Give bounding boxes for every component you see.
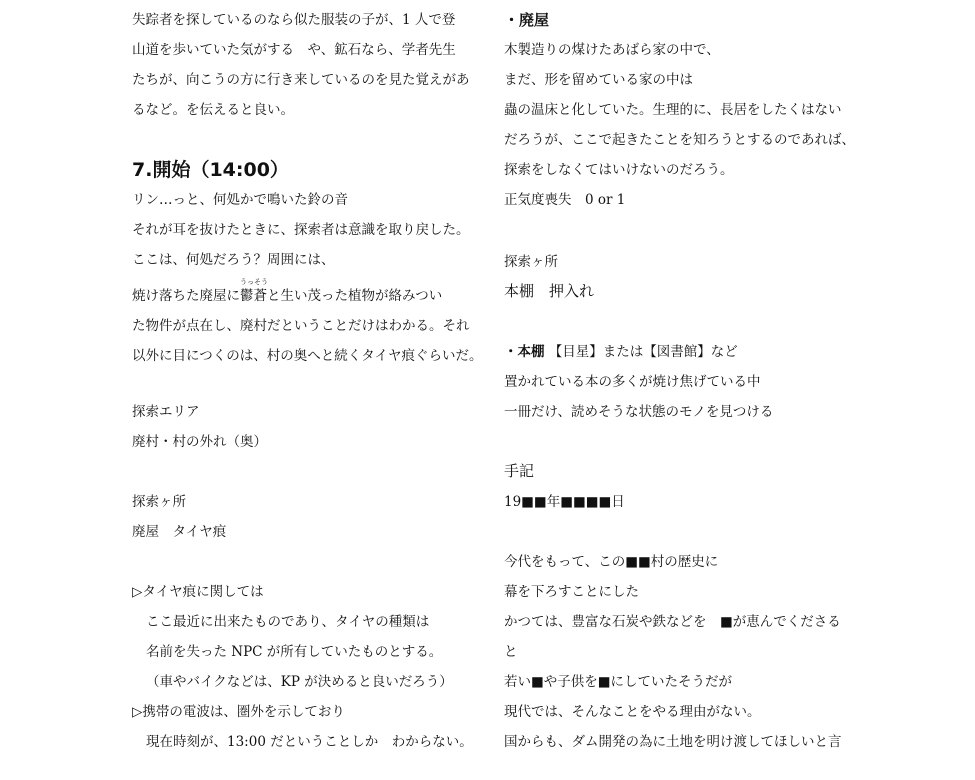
diary-line: 若い■や子供を■にしていたそうだが [504,674,732,690]
diary-title: 手記 [504,463,534,479]
diary-line: かつては、豊富な石炭や鉄などを ■が恵んでくださる [504,614,841,630]
opening-line: ここは、何処だろう？周囲には、 [132,252,335,268]
opening-line: それが耳を抜けたときに、探索者は意識を取り戻した。 [132,222,470,238]
diary-date: 19■■年■■■■日 [504,494,625,510]
ruby-reading: うっそう [240,278,267,286]
intro-line: るなど。を伝えると良い。 [132,102,294,118]
spots-value: 廃屋 タイヤ痕 [132,524,226,540]
diary-line: と [504,644,518,660]
document-page: 失踪者を探しているのなら似た服装の子が、1 人で登 山道を歩いていた気がする や… [0,0,975,780]
bookshelf-line: 一冊だけ、読めそうな状態のモノを見つける [504,404,773,420]
diary-line: 今代をもって、この■■村の歴史に [504,554,718,570]
spots-value: 本棚 押入れ [504,283,594,299]
area-label: 探索エリア [132,404,200,420]
ruby-line: 焼け落ちた廃屋にうっそう鬱蒼と生い茂った植物が絡みつい [132,288,442,304]
tire-note-line: 名前を失った NPC が所有していたものとする。 [146,644,442,660]
ruin-line: だろうが、ここで起きたことを知ろうとするのであれば、 [504,132,855,148]
diary-line: 現代では、そんなことをやる理由がない。 [504,704,761,720]
intro-line: 失踪者を探しているのなら似た服装の子が、1 人で登 [132,12,455,28]
sanity-loss: 正気度喪失 0 or 1 [504,192,625,208]
bookshelf-header: ・本棚 【目星】または【図書館】など [504,344,738,360]
spots-label: 探索ヶ所 [504,254,558,270]
ruby-line-before: 焼け落ちた廃屋に [132,288,240,304]
ruby-base: 鬱蒼 [240,288,267,304]
opening-line: リン…っと、何処かで鳴いた鈴の音 [132,192,348,208]
section-heading: 7.開始（14:00） [132,159,289,181]
diary-line: 幕を下ろすことにした [504,584,639,600]
ruin-heading: ・廃屋 [504,12,549,28]
phone-note-title: ▷携帯の電波は、圏外を示しており [132,704,345,720]
tire-note-line: ここ最近に出来たものであり、タイヤの種類は [146,614,429,630]
diary-line: 国からも、ダム開発の為に土地を明け渡してほしいと言 [504,734,842,750]
continuation-line: た物件が点在し、廃村だということだけはわかる。それ [132,318,470,334]
ruin-line: 探索をしなくてはいけないのだろう。 [504,162,734,178]
ruin-line: 蟲の温床と化していた。生理的に、長居をしたくはない [504,102,842,118]
continuation-line: 以外に目につくのは、村の奥へと続くタイヤ痕ぐらいだ。 [132,348,482,364]
area-value: 廃村・村の外れ（奥） [132,434,267,450]
tire-note-line: （車やバイクなどは、KP が決めると良いだろう） [146,674,453,690]
bookshelf-line: 置かれている本の多くが焼け焦げている中 [504,374,761,390]
bookshelf-heading: ・本棚 [504,344,545,360]
bookshelf-skills: 【目星】または【図書館】など [549,344,738,360]
ruby-line-after: と生い茂った植物が絡みつい [267,288,442,304]
ruin-line: 木製造りの煤けたあばら家の中で、 [504,42,720,58]
ruby-annotated-word: うっそう鬱蒼 [240,288,267,304]
spots-label: 探索ヶ所 [132,494,186,510]
intro-line: たちが、向こうの方に行き来しているのを見た覚えがあ [132,72,470,88]
intro-line: 山道を歩いていた気がする や、鉱石なら、学者先生 [132,42,456,58]
tire-note-title: ▷タイヤ痕に関しては [132,584,264,600]
ruin-line: まだ、形を留めている家の中は [504,72,693,88]
phone-note-line: 現在時刻が、13:00 だということしか わからない。 [146,734,473,750]
